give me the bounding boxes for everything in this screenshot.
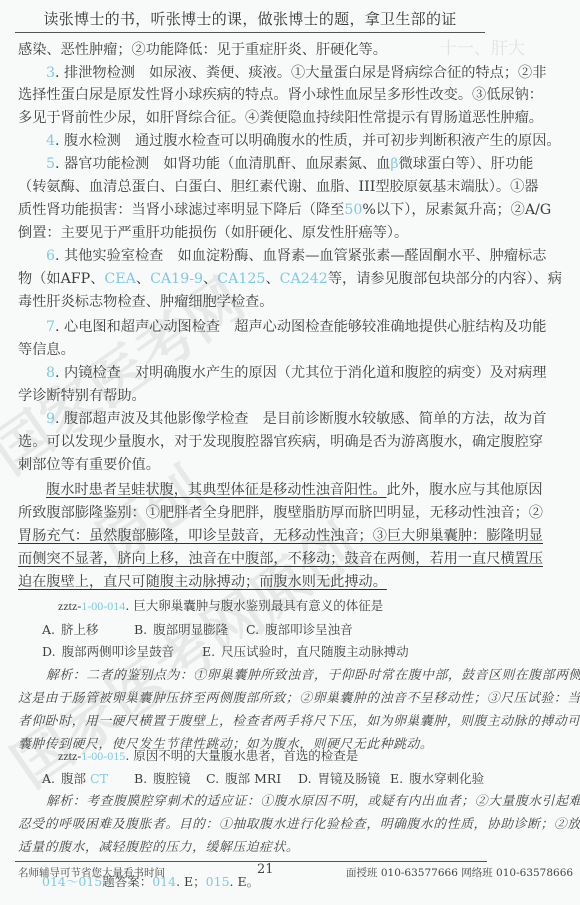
answer-option: D.胃镜及肠镜 <box>298 769 380 789</box>
text-span: 微球蛋白等）、肝功能 <box>399 156 534 172</box>
text-line: 5. 器官功能检测 如肾功能（血清肌酐、血尿素氮、血β微球蛋白等）、肝功能 <box>46 154 533 174</box>
text-line: 毒性肝炎标志物检查、肿瘤细胞学检查。 <box>18 292 273 312</box>
section-number: CA125 <box>217 271 265 287</box>
explanation-line: 解析：二者的鉴别点为：①卵巢囊肿所致浊音，于仰卧时常在腹中部，鼓音区则在腹部两侧… <box>46 666 580 686</box>
text-line: （转氨酶、血清总蛋白、白蛋白、胆红素代谢、血脂、III型胶原氨基末端肽）。①器 <box>18 177 538 197</box>
text-span: 学诊断特别有帮助。 <box>18 388 146 404</box>
text-line: 7. 心电图和超声心动图检查 超声心动图检查能够较准确地提供心脏结构及功能 <box>46 317 546 337</box>
text-span: . 其他实验室检查 如血淀粉酶、血肾素—血管紧张素—醛固酮水平、肿瘤标志 <box>55 248 546 264</box>
footer-slogan: 名师辅导可节省您大量看书时间 <box>18 865 165 880</box>
text-span: （转氨酶、血清总蛋白、白蛋白、胆红素代谢、血脂、III型胶原氨基末端肽）。①器 <box>18 179 538 195</box>
text-line: 选。可以发现少量腹水，对于发现腹腔器官疾病，明确是否为游离腹水，确定腹腔穿 <box>18 432 543 452</box>
text-line: 学诊断特别有帮助。 <box>18 386 146 406</box>
text-line: 所致腹部膨隆鉴别：①肥胖者全身肥胖，腹壁脂肪厚而脐凹明显，无移动性浊音；② <box>18 503 543 523</box>
answer-option: A.脐上移 <box>42 620 99 640</box>
answer-option: B.腹腔镜 <box>134 769 191 789</box>
text-span: . 心电图和超声心动图检查 超声心动图检查能够较准确地提供心脏结构及功能 <box>55 319 546 335</box>
question-code-number: 1-00-015 <box>81 749 125 763</box>
option-text: 胃镜及肠镜 <box>318 771 381 786</box>
option-label: D. <box>298 771 312 786</box>
section-number: CEA <box>104 271 135 287</box>
text-span: . 腹部超声波及其他影像学检查 是目前诊断腹水较敏感、简单的方法，故为首 <box>55 411 546 427</box>
text-line: 迫在腹壁上，直尺可随腹主动脉搏动；而腹水则无此搏动。 <box>18 572 387 592</box>
option-text: 腹部明显膨隆 <box>153 622 228 637</box>
option-label: C. <box>246 622 259 637</box>
option-text: 腹部 <box>61 771 86 786</box>
text-line: 8. 内镜检查 对明确腹水产生的原因（尤其位于消化道和腹腔的病变）及对病理 <box>46 363 546 383</box>
text-span: 所致腹部膨隆鉴别：①肥胖者全身肥胖，腹壁脂肪厚而脐凹明显，无移动性浊音；② <box>18 505 543 521</box>
underlined-text: 迫在腹壁上，直尺可随腹主动脉搏动；而腹水则无此搏动。 <box>18 574 387 590</box>
text-line: 腹水时患者呈蛙状腹，其典型体征是移动性浊音阳性。此外，腹水应与其他原因 <box>46 480 543 500</box>
section-number: 7 <box>46 319 55 335</box>
underlined-text: 胃肠充气：虽然腹部膨隆，叩诊呈鼓音，无移动性浊音；③巨大卵巢囊肿：膨隆明显 <box>18 528 543 544</box>
answer-option: E.尺压试验时，直尺随腹主动脉搏动 <box>202 642 409 662</box>
question-stem: zztz-1-00-014. 巨大卵巢囊肿与腹水鉴别最具有意义的体征是 <box>58 596 383 616</box>
text-span: 等，请参见腹部包块部分的内容）、病 <box>328 271 562 287</box>
text-span: 选择性蛋白尿是原发性肾小球疾病的特点。肾小球性血尿呈多形性改变。③低尿钠： <box>18 87 543 103</box>
text-span: 、 <box>203 271 217 287</box>
text-span: 等信息。 <box>18 342 75 358</box>
text-line: 物（如AFP、CEA、CA19-9、CA125、CA242等，请参见腹部包块部分… <box>18 269 562 289</box>
answer-a2: . E。 <box>230 874 260 889</box>
option-text: 尺压试验时，直尺随腹主动脉搏动 <box>221 644 409 659</box>
text-line: 倒置：主要见于严重肝功能损伤（如肝硬化、原发性肝癌等）。 <box>18 223 408 243</box>
text-line: 6. 其他实验室检查 如血淀粉酶、血肾素—血管紧张素—醛固酮水平、肿瘤标志 <box>46 246 546 266</box>
section-number: CA19-9 <box>150 271 203 287</box>
answer-option: C.腹部 MRI <box>206 769 281 789</box>
text-line: 4. 腹水检测 通过腹水检查可以明确腹水的性质，并可初步判断积液产生的原因。 <box>46 131 561 151</box>
text-span: 物（如AFP、 <box>18 271 104 287</box>
page-number: 21 <box>257 862 274 877</box>
explanation-line: 者仰卧时，用一硬尺横置于腹壁上，检查者两手将尺下压，如为卵巢囊肿，则腹主动脉的搏… <box>18 712 580 732</box>
option-text: 腹部两侧叩诊呈鼓音 <box>62 644 175 659</box>
question-code-prefix: zztz- <box>58 599 81 613</box>
text-span: %以下），尿素氮升高；②A/G <box>362 202 551 218</box>
text-span: . 排泄物检测 如尿液、粪便、痰液。①大量蛋白尿是肾病综合征的特点；②非 <box>55 65 546 81</box>
answer-q2: 015 <box>206 874 230 889</box>
text-span: 倒置：主要见于严重肝功能损伤（如肝硬化、原发性肝癌等）。 <box>18 225 408 241</box>
section-number: 4 <box>46 133 55 149</box>
text-span: 质性肾功能损害：当肾小球滤过率明显下降后（降至 <box>18 202 344 218</box>
footer-contact: 面授班 010-63577666 网络班 010-63578666 <box>346 865 573 880</box>
answer-a1: . E； <box>176 874 206 889</box>
section-number: CA242 <box>280 271 328 287</box>
page-header: 读张博士的书，听张博士的课，做张博士的题，拿卫生部的证 <box>15 8 485 29</box>
answer-option: E.腹水穿刺化验 <box>390 769 484 789</box>
text-span: 多见于肾前性少尿，如肝肾综合征。④粪便隐血持续阳性常提示有胃肠道恶性肿瘤。 <box>18 110 543 126</box>
text-line: 等信息。 <box>18 340 75 360</box>
text-span: . 腹水检测 通过腹水检查可以明确腹水的性质，并可初步判断积液产生的原因。 <box>55 133 561 149</box>
answer-option: A.腹部CT <box>42 769 108 789</box>
question-stem: zztz-1-00-015. 原因不明的大量腹水患者，首选的检查是 <box>58 746 358 766</box>
question-code-prefix: zztz- <box>58 749 81 763</box>
section-number: 50 <box>344 202 362 218</box>
header-rule <box>15 32 485 33</box>
option-label: A. <box>42 771 55 786</box>
explanation-line: 忍受的呼吸困难及腹胀者。目的：①抽取腹水进行化验检查，明确腹水的性质，协助诊断；… <box>18 815 580 835</box>
text-line: 刺部位等有重要价值。 <box>18 455 160 475</box>
section-number: 8 <box>46 365 55 381</box>
text-span: 、 <box>265 271 279 287</box>
option-text-accent: CT <box>90 771 108 786</box>
explanation-line: 适量的腹水，减轻腹腔的压力，缓解压迫症状。 <box>18 838 299 858</box>
section-number: 5 <box>46 156 55 172</box>
option-text: 腹部 MRI <box>225 771 281 786</box>
underlined-text: 而侧突不显著，脐向上移，浊音在中腹部，不移动；鼓音在两侧，若用一直尺横置压 <box>18 551 543 567</box>
text-span: 感染、恶性肿瘤；②功能降低：见于重症肝炎、肝硬化等。 <box>18 42 387 58</box>
section-number: 6 <box>46 248 55 264</box>
answer-option: D.腹部两侧叩诊呈鼓音 <box>42 642 174 662</box>
text-span: 此外，腹水应与其他原因 <box>387 482 543 498</box>
text-span: . 器官功能检测 如肾功能（血清肌酐、血尿素氮、血 <box>55 156 390 172</box>
text-span: 刺部位等有重要价值。 <box>18 457 160 473</box>
section-number: 3 <box>46 65 55 81</box>
question-code-number: 1-00-014 <box>81 599 125 613</box>
option-text: 腹水穿刺化验 <box>409 771 484 786</box>
option-label: C. <box>206 771 219 786</box>
text-line: 而侧突不显著，脐向上移，浊音在中腹部，不移动；鼓音在两侧，若用一直尺横置压 <box>18 549 543 569</box>
text-span: 、 <box>136 271 150 287</box>
option-label: B. <box>134 771 147 786</box>
bleed-through-heading: 十一、肝大 <box>440 34 525 59</box>
answer-option: C.腹部叩诊呈浊音 <box>246 620 353 640</box>
section-number: 9 <box>46 411 55 427</box>
option-label: E. <box>202 644 215 659</box>
text-line: 感染、恶性肿瘤；②功能降低：见于重症肝炎、肝硬化等。 <box>18 40 387 60</box>
footer-rule <box>15 861 487 862</box>
text-span: 毒性肝炎标志物检查、肿瘤细胞学检查。 <box>18 294 273 310</box>
section-number: β <box>390 156 398 172</box>
option-text: 脐上移 <box>61 622 99 637</box>
option-label: D. <box>42 644 56 659</box>
option-text: 腹腔镜 <box>153 771 191 786</box>
explanation-line: 这是由于肠管被卵巢囊肿压挤至两侧腹部所致；②卵巢囊肿的浊音不呈移动性；③尺压试验… <box>18 689 580 709</box>
option-text: 腹部叩诊呈浊音 <box>265 622 353 637</box>
text-line: 质性肾功能损害：当肾小球滤过率明显下降后（降至50%以下），尿素氮升高；②A/G <box>18 200 551 220</box>
text-span: 选。可以发现少量腹水，对于发现腹腔器官疾病，明确是否为游离腹水，确定腹腔穿 <box>18 434 543 450</box>
question-text: . 巨大卵巢囊肿与腹水鉴别最具有意义的体征是 <box>125 598 383 613</box>
text-span: . 内镜检查 对明确腹水产生的原因（尤其位于消化道和腹腔的病变）及对病理 <box>55 365 546 381</box>
explanation-line: 解析：考查腹膜腔穿刺术的适应证：①腹水原因不明，或疑有内出血者；②大量腹水引起难… <box>46 792 580 812</box>
option-label: E. <box>390 771 403 786</box>
text-line: 3. 排泄物检测 如尿液、粪便、痰液。①大量蛋白尿是肾病综合征的特点；②非 <box>46 63 546 83</box>
text-line: 9. 腹部超声波及其他影像学检查 是目前诊断腹水较敏感、简单的方法，故为首 <box>46 409 546 429</box>
answer-option: B.腹部明显膨隆 <box>134 620 228 640</box>
text-line: 选择性蛋白尿是原发性肾小球疾病的特点。肾小球性血尿呈多形性改变。③低尿钠： <box>18 85 543 105</box>
question-text: . 原因不明的大量腹水患者，首选的检查是 <box>125 748 358 763</box>
option-label: A. <box>42 622 55 637</box>
option-label: B. <box>134 622 147 637</box>
text-line: 胃肠充气：虽然腹部膨隆，叩诊呈鼓音，无移动性浊音；③巨大卵巢囊肿：膨隆明显 <box>18 526 543 546</box>
underlined-text: 腹水时患者呈蛙状腹，其典型体征是移动性浊音阳性。 <box>46 482 387 498</box>
text-line: 多见于肾前性少尿，如肝肾综合征。④粪便隐血持续阳性常提示有胃肠道恶性肿瘤。 <box>18 108 543 128</box>
